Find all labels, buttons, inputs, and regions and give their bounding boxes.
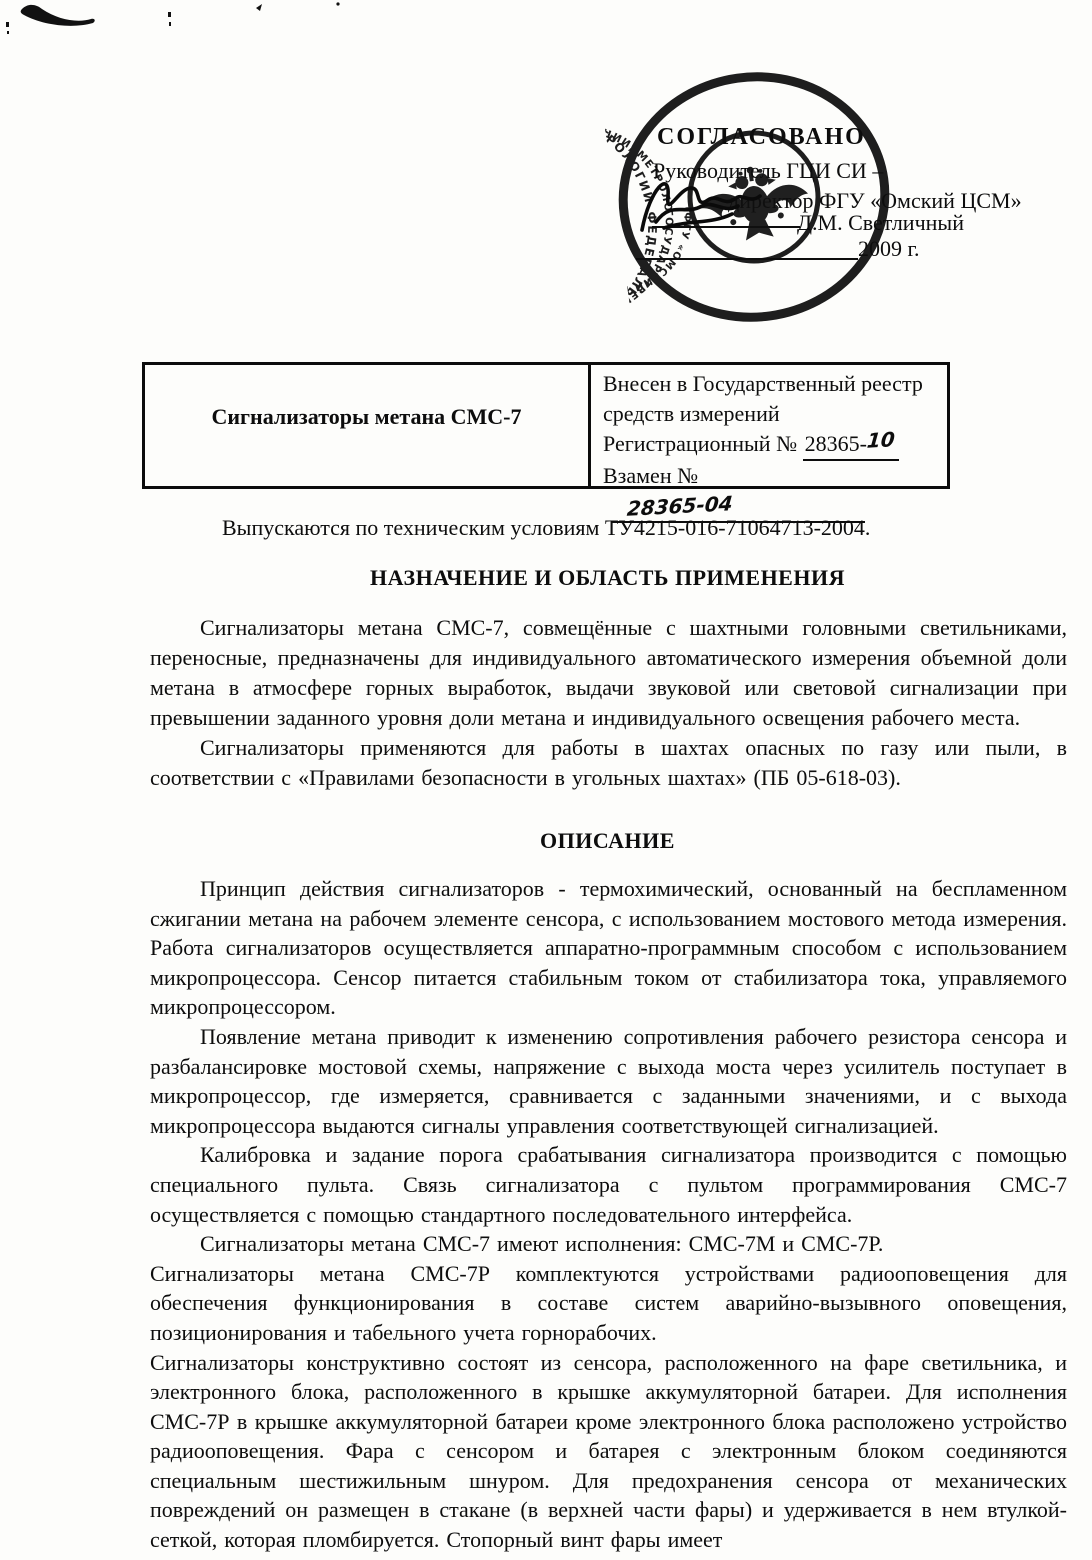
registry-table: Сигнализаторы метана СМС-7 Внесен в Госу… — [142, 362, 950, 489]
purpose-paragraph-1: Сигнализаторы метана СМС-7, совмещённые … — [150, 613, 1067, 733]
description-paragraph-1: Принцип действия сигнализаторов - термох… — [150, 874, 1067, 1022]
approval-block: СОГЛАСОВАНО Руководитель ГЦИ СИ – директ… — [0, 0, 1092, 300]
description-paragraph-3: Калибровка и задание порога срабатывания… — [150, 1140, 1067, 1229]
purpose-section: Сигнализаторы метана СМС-7, совмещённые … — [150, 613, 1067, 793]
registration-number-printed: 28365- — [805, 431, 867, 456]
description-paragraph-5: Сигнализаторы метана СМС-7Р комплектуютс… — [150, 1259, 1067, 1348]
registry-line1: Внесен в Государственный реестр — [603, 369, 947, 399]
signature-icon — [628, 158, 818, 253]
purpose-paragraph-2: Сигнализаторы применяются для работы в ш… — [150, 733, 1067, 793]
document-page: СОГЛАСОВАНО Руководитель ГЦИ СИ – директ… — [0, 0, 1092, 1560]
registration-number-handwritten: 10 — [866, 424, 896, 456]
description-paragraph-4: Сигнализаторы метана СМС-7 имеют исполне… — [150, 1229, 1067, 1259]
replaces-number-line: Взамен № 28365-04 — [603, 461, 947, 523]
description-paragraph-6: Сигнализаторы конструктивно состоят из с… — [150, 1348, 1067, 1555]
description-section: Принцип действия сигнализаторов - термох… — [150, 874, 1067, 1555]
registration-number-line: Регистрационный № 28365-10 — [603, 429, 947, 461]
registry-info-cell: Внесен в Государственный реестр средств … — [591, 365, 947, 486]
technical-conditions-line: Выпускаются по техническим условиям ТУ42… — [150, 515, 1065, 541]
product-name: Сигнализаторы метана СМС-7 — [211, 404, 521, 430]
description-paragraph-2: Появление метана приводит к изменению со… — [150, 1022, 1067, 1140]
description-heading: ОПИСАНИЕ — [150, 828, 1065, 854]
purpose-heading: НАЗНАЧЕНИЕ И ОБЛАСТЬ ПРИМЕНЕНИЯ — [150, 565, 1065, 591]
product-name-cell: Сигнализаторы метана СМС-7 — [145, 365, 591, 486]
